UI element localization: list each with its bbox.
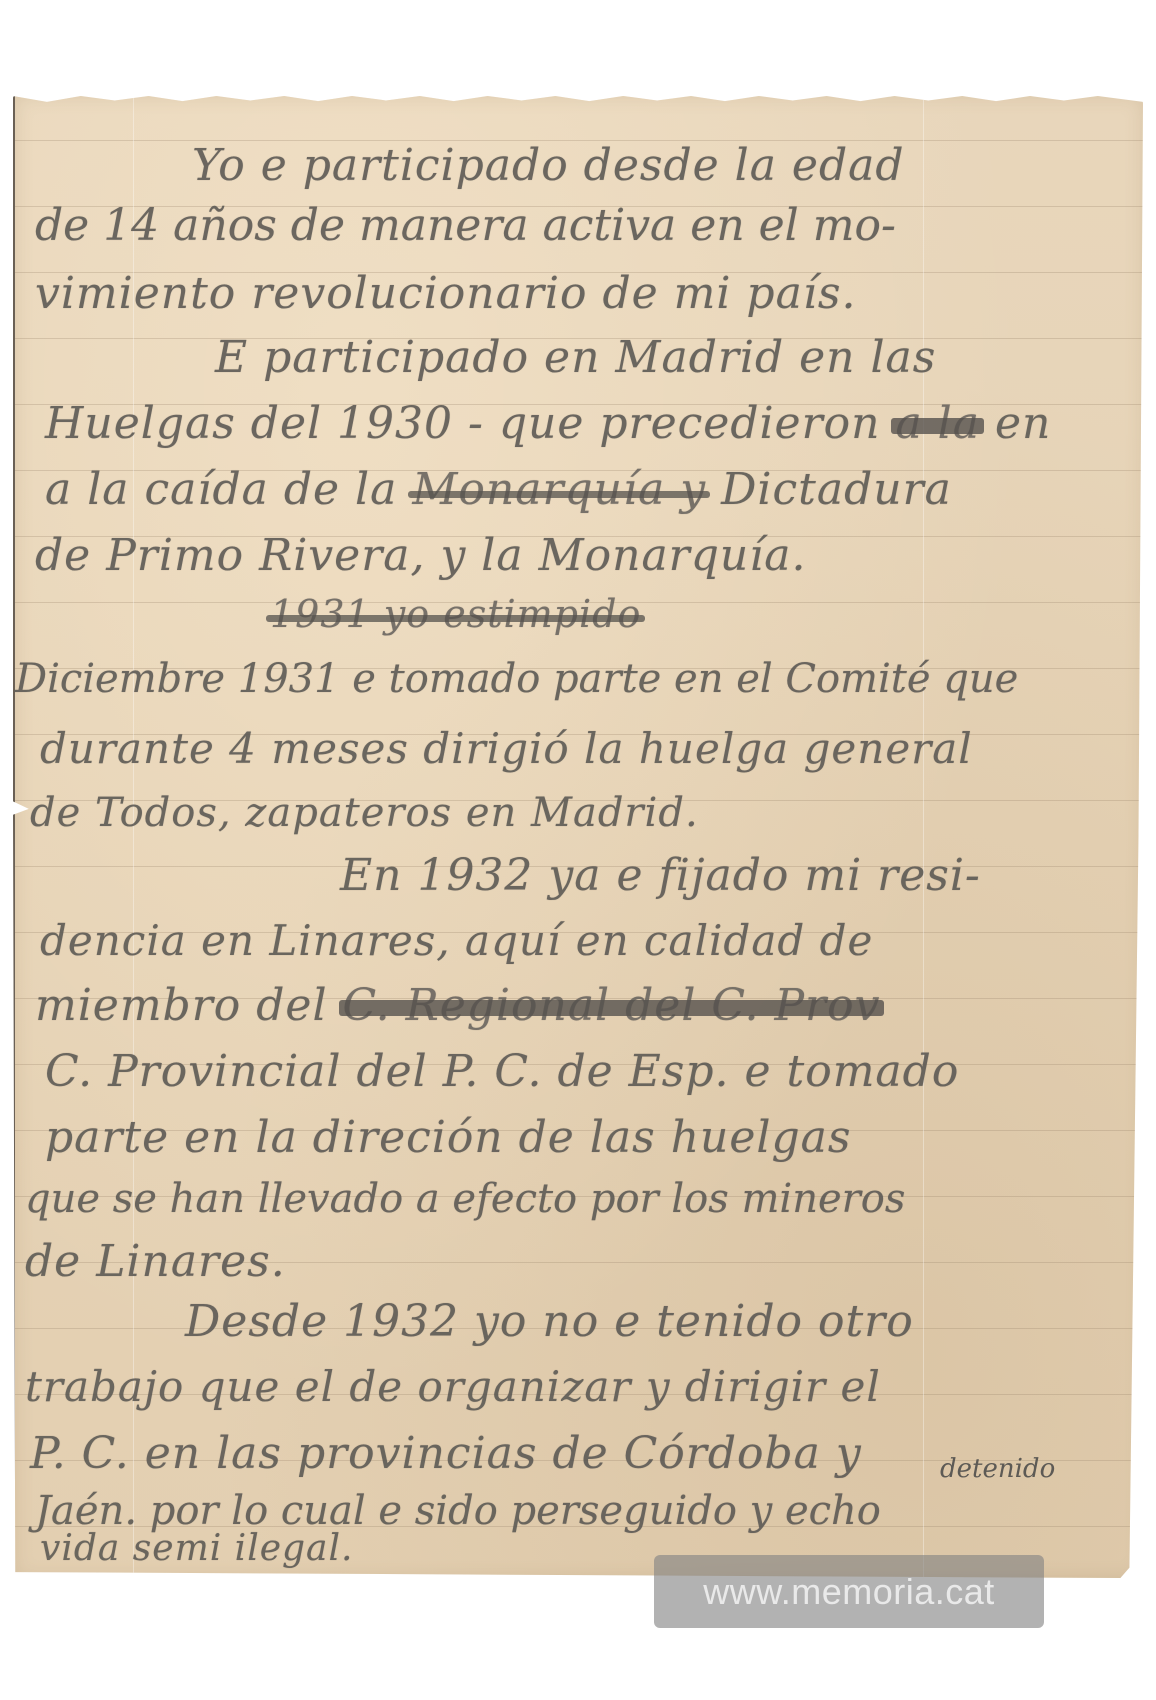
handwritten-line: vida semi ilegal. <box>40 1528 353 1569</box>
watermark-badge: www.memoria.cat <box>654 1555 1044 1628</box>
handwritten-line: de Primo Rivera, y la Monarquía. <box>35 530 807 581</box>
handwritten-line: P. C. en las provincias de Córdoba y <box>30 1428 862 1479</box>
interlinear-note: detenido <box>940 1454 1055 1484</box>
struck-text: Monarquía y <box>412 464 706 515</box>
handwritten-line: dencia en Linares, aquí en calidad de <box>40 916 873 965</box>
handwritten-line: Yo e participado desde la edad <box>192 140 905 191</box>
watermark-text: www.memoria.cat <box>703 1571 995 1613</box>
handwritten-line: 1931 yo estimpido <box>270 592 641 636</box>
handwritten-line: a la caída de la Monarquía y Dictadura <box>45 464 952 515</box>
handwritten-line: de 14 años de manera activa en el mo- <box>35 200 896 251</box>
handwritten-line: Huelgas del 1930 - que precedieron a la … <box>45 398 1051 449</box>
handwritten-line: E participado en Madrid en las <box>215 332 936 383</box>
handwritten-line: Desde 1932 yo no e tenido otro <box>185 1296 914 1347</box>
handwritten-line: de Todos, zapateros en Madrid. <box>30 790 699 836</box>
handwritten-line: que se han llevado a efecto por los mine… <box>25 1176 905 1222</box>
handwritten-line: En 1932 ya e fijado mi resi- <box>340 850 981 901</box>
handwritten-line: C. Provincial del P. C. de Esp. e tomado <box>45 1046 959 1097</box>
handwritten-line: parte en la direción de las huelgas <box>45 1112 851 1163</box>
fold-crease <box>923 96 924 1578</box>
handwritten-line: durante 4 meses dirigió la huelga genera… <box>40 724 973 773</box>
struck-text: C. Regional del C. Prov <box>343 980 881 1031</box>
handwritten-line: vimiento revolucionario de mi país. <box>35 268 856 319</box>
struck-text: 1931 yo estimpido <box>270 592 641 636</box>
letter-paper: Yo e participado desde la edad de 14 año… <box>13 96 1143 1578</box>
struck-text: a la <box>895 398 980 449</box>
handwritten-line: Diciembre 1931 e tomado parte en el Comi… <box>15 656 1018 702</box>
handwritten-line: trabajo que el de organizar y dirigir el <box>25 1362 881 1411</box>
handwritten-line: de Linares. <box>25 1236 286 1287</box>
handwritten-line: miembro del C. Regional del C. Prov <box>35 980 880 1031</box>
